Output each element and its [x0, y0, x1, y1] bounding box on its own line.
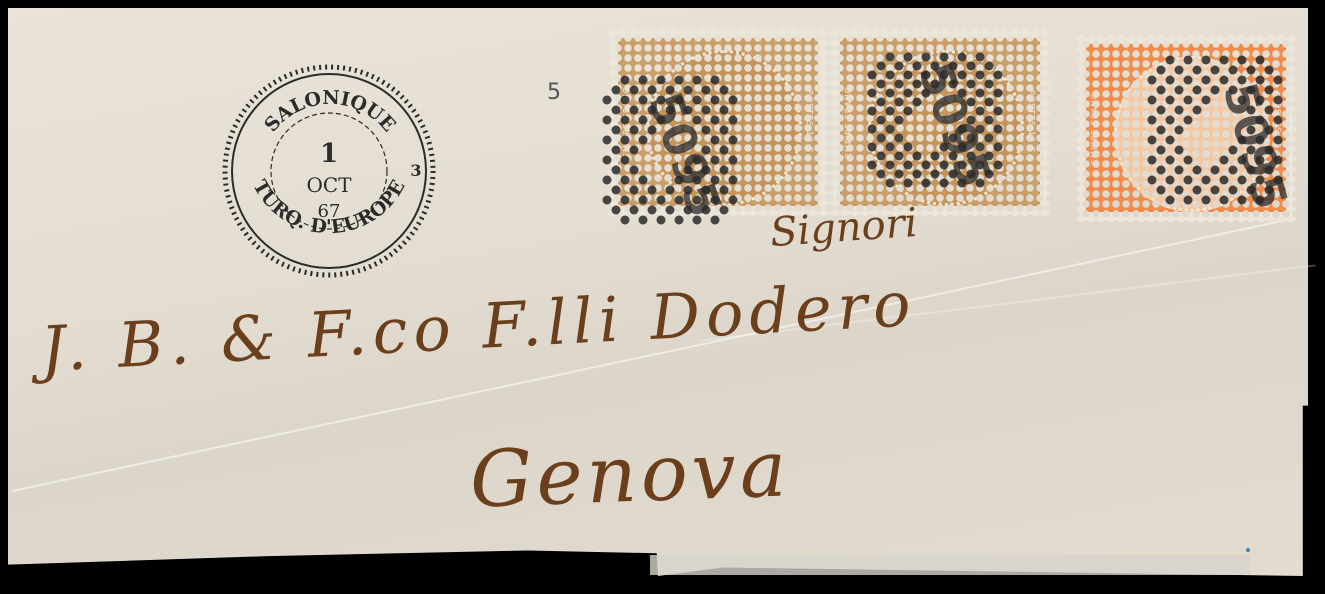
pencil-mark: 5: [547, 80, 561, 105]
postmark-month: OCT: [306, 173, 352, 197]
salonique-postmark: SALONIQUE TURQ. D'EUROPE 1 OCT 67 3: [220, 62, 438, 280]
svg-text:5095: 5095: [908, 55, 1003, 194]
postmark-day: 1: [320, 139, 338, 169]
gc-cancel-1: 5095: [560, 10, 780, 290]
svg-text:5095: 5095: [1213, 77, 1298, 215]
postmark-side-number: 3: [410, 161, 421, 180]
postmark-year: 67: [318, 201, 341, 222]
stamp-side-right: POSTES 10 C: [800, 60, 814, 184]
postmark-town: SALONIQUE: [260, 87, 400, 136]
stamp-side-left: EMPIRE FRANC: [1090, 66, 1104, 190]
ink-spot: [1246, 548, 1250, 552]
svg-text:SALONIQUE: SALONIQUE: [260, 87, 400, 136]
gc-cancel-3: 5095: [1110, 0, 1320, 260]
svg-text:5095: 5095: [638, 85, 733, 224]
torn-flap: [650, 555, 1250, 575]
city-line: Genova: [469, 424, 792, 525]
